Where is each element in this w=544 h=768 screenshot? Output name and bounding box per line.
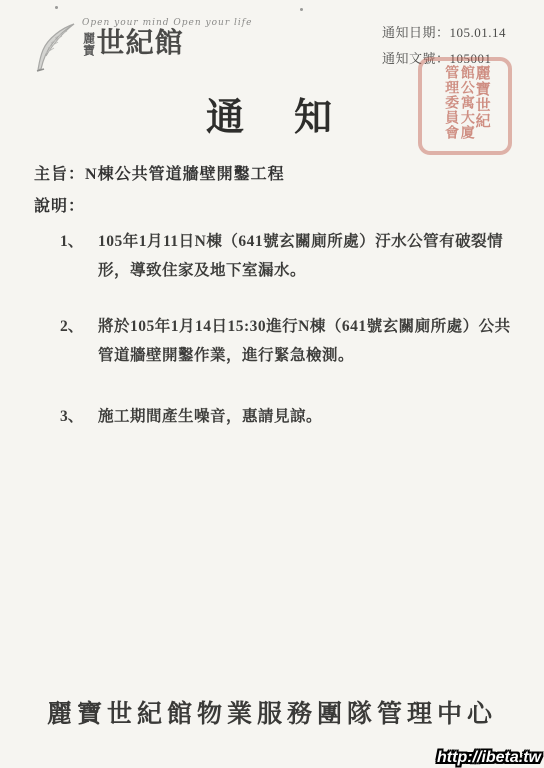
list-item-text: 將於105年1月14日15:30進行N棟（641號玄關廁所處）公共管道牆壁開鑿作… <box>98 313 514 370</box>
list-item-text: 105年1月11日N棟（641號玄關廁所處）汙水公管有破裂情形，導致住家及地下室… <box>98 228 514 285</box>
committee-seal-text: 麗寶世紀 館公寓大廈 管理委員會 <box>441 65 488 147</box>
brand-text: Open your mind Open your life 麗寶 世紀館 <box>82 18 252 58</box>
list-item: 1、 105年1月11日N棟（641號玄關廁所處）汙水公管有破裂情形，導致住家及… <box>34 228 514 285</box>
list-item-number: 1、 <box>60 228 98 257</box>
explanation-label: 說明： <box>34 193 514 216</box>
committee-seal-stamp: 麗寶世紀 館公寓大廈 管理委員會 <box>418 57 512 155</box>
notice-date-label: 通知日期： <box>382 25 450 40</box>
seal-column-left: 管理委員會 <box>443 65 458 140</box>
subject-line: 主旨：N棟公共管道牆壁開鑿工程 <box>34 161 514 184</box>
seal-column-right: 麗寶世紀 <box>474 65 490 129</box>
notice-date-line: 通知日期：105.01.14 <box>382 22 506 41</box>
list-item-number: 2、 <box>60 313 98 342</box>
list-item-text: 施工期間產生噪音，惠請見諒。 <box>98 403 514 432</box>
issuer-signature: 麗寶世紀館物業服務團隊管理中心 <box>0 694 544 730</box>
notice-document: Open your mind Open your life 麗寶 世紀館 通知日… <box>0 0 544 768</box>
scan-speck <box>300 8 303 11</box>
notice-date-value: 105.01.14 <box>450 25 507 40</box>
subject-text: N棟公共管道牆壁開鑿工程 <box>85 166 285 183</box>
feather-quill-icon <box>34 22 80 74</box>
brand-tagline: Open your mind Open your life <box>82 18 252 28</box>
brand-name-main: 世紀館 <box>97 30 184 58</box>
list-item-number: 3、 <box>60 403 98 432</box>
watermark-url: http://ibeta.tw <box>437 749 541 767</box>
list-item: 3、 施工期間產生噪音，惠請見諒。 <box>34 403 514 432</box>
list-item: 2、 將於105年1月14日15:30進行N棟（641號玄關廁所處）公共管道牆壁… <box>34 313 514 370</box>
scan-speck <box>55 6 58 9</box>
brand-name: 麗寶 世紀館 <box>82 30 252 58</box>
brand-name-stacked: 麗寶 <box>82 32 95 56</box>
seal-column-middle: 館公寓大廈 <box>459 65 474 140</box>
subject-label: 主旨： <box>34 166 85 183</box>
brand-logo: Open your mind Open your life 麗寶 世紀館 <box>34 18 252 74</box>
notice-body: 主旨：N棟公共管道牆壁開鑿工程 說明： 1、 105年1月11日N棟（641號玄… <box>0 161 544 431</box>
